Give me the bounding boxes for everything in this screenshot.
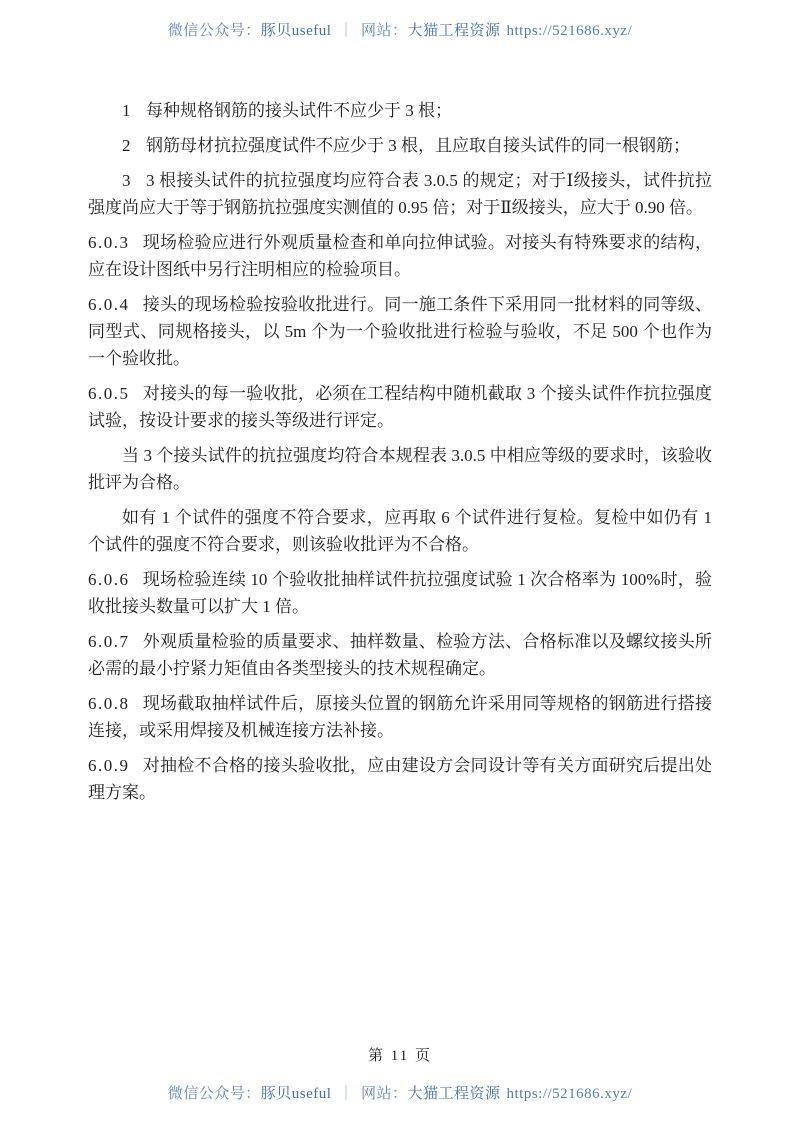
clause-text: 对接头的每一验收批，必须在工程结构中随机截取 3 个接头试件作抗拉强度试验，按设… <box>88 384 712 430</box>
clause-6-0-9: 6.0.9对抽检不合格的接头验收批，应由建设方会同设计等有关方面研究后提出处理方… <box>88 752 712 806</box>
wechat-account-name: 豚贝useful <box>261 23 332 39</box>
clause-6-0-7: 6.0.7外观质量检验的质量要求、抽样数量、检验方法、合格标准以及螺纹接头所必需… <box>88 628 712 682</box>
document-page: 微信公众号：豚贝useful｜网站：大猫工程资源https://521686.x… <box>0 0 800 1132</box>
item-text: 每种规格钢筋的接头试件不应少于 3 根； <box>146 101 452 120</box>
item-number: 2 <box>122 136 131 155</box>
clause-text: 现场截取抽样试件后，原接头位置的钢筋允许采用同等规格的钢筋进行搭接连接，或采用焊… <box>88 694 712 740</box>
clause-text: 接头的现场检验按验收批进行。同一施工条件下采用同一批材料的同等级、同型式、同规格… <box>88 295 712 368</box>
paragraph-pass-criteria: 当 3 个接头试件的抗拉强度均符合本规程表 3.0.5 中相应等级的要求时，该验… <box>88 442 712 496</box>
paragraph-recheck-criteria: 如有 1 个试件的强度不符合要求，应再取 6 个试件进行复检。复检中如仍有 1 … <box>88 504 712 558</box>
clause-6-0-4: 6.0.4接头的现场检验按验收批进行。同一施工条件下采用同一批材料的同等级、同型… <box>88 291 712 372</box>
site-label: 网站： <box>361 23 408 39</box>
clause-6-0-6: 6.0.6现场检验连续 10 个验收批抽样试件抗拉强度试验 1 次合格率为 10… <box>88 566 712 620</box>
clause-number: 6.0.5 <box>88 384 130 403</box>
site-name: 大猫工程资源 <box>407 1086 500 1102</box>
clause-6-0-5: 6.0.5对接头的每一验收批，必须在工程结构中随机截取 3 个接头试件作抗拉强度… <box>88 380 712 434</box>
clause-text: 现场检验连续 10 个验收批抽样试件抗拉强度试验 1 次合格率为 100%时，验… <box>88 570 712 616</box>
clause-6-0-3: 6.0.3现场检验应进行外观质量检查和单向拉伸试验。对接头有特殊要求的结构，应在… <box>88 229 712 283</box>
promo-separator: ｜ <box>331 23 361 39</box>
paragraph-text: 当 3 个接头试件的抗拉强度均符合本规程表 3.0.5 中相应等级的要求时，该验… <box>88 446 712 492</box>
list-item-2: 2钢筋母材抗拉强度试件不应少于 3 根，且应取自接头试件的同一根钢筋； <box>88 132 712 159</box>
site-name: 大猫工程资源 <box>407 23 500 39</box>
item-number: 1 <box>122 101 131 120</box>
wechat-account-name: 豚贝useful <box>261 1086 332 1102</box>
clause-6-0-8: 6.0.8现场截取抽样试件后，原接头位置的钢筋允许采用同等规格的钢筋进行搭接连接… <box>88 690 712 744</box>
wechat-label: 微信公众号： <box>168 1086 261 1102</box>
clause-number: 6.0.4 <box>88 295 130 314</box>
clause-number: 6.0.9 <box>88 756 130 775</box>
clause-number: 6.0.7 <box>88 632 130 651</box>
item-text: 3 根接头试件的抗拉强度均应符合表 3.0.5 的规定；对于Ⅰ级接头，试件抗拉强… <box>88 171 712 217</box>
clause-text: 外观质量检验的质量要求、抽样数量、检验方法、合格标准以及螺纹接头所必需的最小拧紧… <box>88 632 712 678</box>
clause-number: 6.0.3 <box>88 233 130 252</box>
promo-separator: ｜ <box>331 1086 361 1102</box>
page-number: 第 11 页 <box>0 1044 800 1065</box>
clause-text: 对抽检不合格的接头验收批，应由建设方会同设计等有关方面研究后提出处理方案。 <box>88 756 712 802</box>
item-text: 钢筋母材抗拉强度试件不应少于 3 根，且应取自接头试件的同一根钢筋； <box>146 136 690 155</box>
clause-text: 现场检验应进行外观质量检查和单向拉伸试验。对接头有特殊要求的结构，应在设计图纸中… <box>88 233 712 279</box>
footer-promo: 微信公众号：豚贝useful｜网站：大猫工程资源https://521686.x… <box>0 1082 800 1103</box>
site-label: 网站： <box>361 1086 408 1102</box>
list-item-3: 33 根接头试件的抗拉强度均应符合表 3.0.5 的规定；对于Ⅰ级接头，试件抗拉… <box>88 167 712 221</box>
document-body: 1每种规格钢筋的接头试件不应少于 3 根； 2钢筋母材抗拉强度试件不应少于 3 … <box>88 97 712 814</box>
site-url-link[interactable]: https://521686.xyz/ <box>506 1086 632 1102</box>
clause-number: 6.0.6 <box>88 570 130 589</box>
site-url-link[interactable]: https://521686.xyz/ <box>506 23 632 39</box>
wechat-label: 微信公众号： <box>168 23 261 39</box>
paragraph-text: 如有 1 个试件的强度不符合要求，应再取 6 个试件进行复检。复检中如仍有 1 … <box>88 508 712 554</box>
list-item-1: 1每种规格钢筋的接头试件不应少于 3 根； <box>88 97 712 124</box>
header-promo: 微信公众号：豚贝useful｜网站：大猫工程资源https://521686.x… <box>0 19 800 40</box>
item-number: 3 <box>122 171 131 190</box>
clause-number: 6.0.8 <box>88 694 130 713</box>
